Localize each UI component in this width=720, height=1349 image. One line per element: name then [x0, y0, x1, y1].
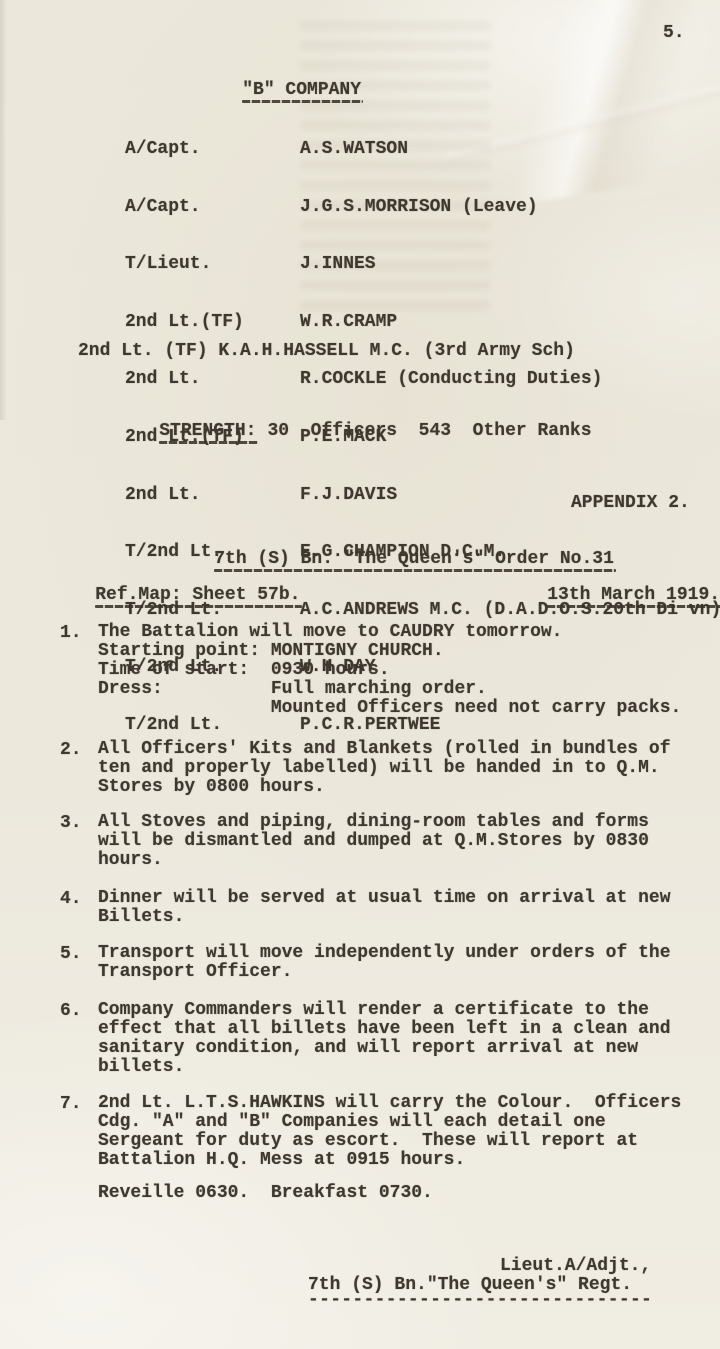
order-date-text: 13th March 1919. [547, 586, 720, 608]
roster-row: A/Capt.A.S.WATSON [125, 140, 720, 160]
roster-row: A/Capt.J.G.S.MORRISON (Leave) [125, 198, 720, 218]
officer-name: A.S.WATSON [300, 139, 408, 159]
rank-label: A/Capt. [125, 198, 300, 218]
item-text: All Stoves and piping, dining-room table… [98, 813, 649, 870]
officer-name: R.COCKLE (Conducting Duties) [300, 369, 602, 389]
item-number: 1. [60, 623, 82, 643]
item-text: Company Commanders will render a certifi… [98, 1001, 671, 1077]
ref-map: Ref.Map: Sheet 57b. [52, 567, 300, 627]
item-text: All Officers' Kits and Blankets (rolled … [98, 740, 671, 797]
rank-label: 2nd Lt.(TF) [125, 313, 300, 333]
item-number: 3. [60, 813, 82, 833]
roster-row: 2nd Lt.(TF)W.R.CRAMP [125, 313, 720, 333]
signature-rule: ------------------------------- [308, 1291, 652, 1310]
rank-label: T/Lieut. [125, 255, 300, 275]
detached-officer-line: 2nd Lt. (TF) K.A.H.HASSELL M.C. (3rd Arm… [78, 342, 575, 361]
rank-label: T/2nd Lt. [125, 716, 300, 736]
signature-role: Lieut.A/Adjt., [500, 1257, 651, 1276]
item-text: Transport will move independently under … [98, 944, 671, 982]
roster-row: 2nd Lt.R.COCKLE (Conducting Duties) [125, 370, 720, 390]
strength-line: STRENGTH:30 Officers 543 Other Ranks [116, 403, 592, 463]
strength-label: STRENGTH: [159, 422, 256, 444]
roster-row: T/Lieut.J.INNES [125, 255, 720, 275]
item-number: 5. [60, 944, 82, 964]
page-edge-shadow [0, 0, 7, 420]
officer-name: F.J.DAVIS [300, 485, 397, 505]
officer-name: J.G.S.MORRISON (Leave) [300, 197, 538, 217]
item-text: Dinner will be served at usual time on a… [98, 889, 671, 927]
rank-label: 2nd Lt. [125, 370, 300, 390]
strength-value: 30 Officers 543 Other Ranks [267, 421, 591, 441]
item-number: 7. [60, 1094, 82, 1114]
company-header-text: "B" COMPANY [242, 81, 361, 103]
ref-map-text: Ref.Map: Sheet 57b. [95, 586, 300, 608]
officer-name: W.R.CRAMP [300, 312, 397, 332]
item-text: The Battalion will move to CAUDRY tomorr… [98, 623, 681, 718]
rank-label: A/Capt. [125, 140, 300, 160]
document-page: 5. "B" COMPANY A/Capt.A.S.WATSON A/Capt.… [0, 0, 720, 1349]
item-number: 6. [60, 1001, 82, 1021]
order-date: 13th March 1919. [504, 567, 720, 627]
page-number: 5. [663, 24, 685, 43]
officer-name: J.INNES [300, 254, 376, 274]
item-text: 2nd Lt. L.T.S.HAWKINS will carry the Col… [98, 1094, 681, 1170]
appendix-label: APPENDIX 2. [571, 494, 690, 513]
item-number: 2. [60, 740, 82, 760]
item-number: 4. [60, 889, 82, 909]
reveille-line: Reveille 0630. Breakfast 0730. [98, 1184, 433, 1203]
roster-row: T/2nd Lt.P.C.R.PERTWEE [125, 716, 720, 736]
rank-label: 2nd Lt. [125, 486, 300, 506]
